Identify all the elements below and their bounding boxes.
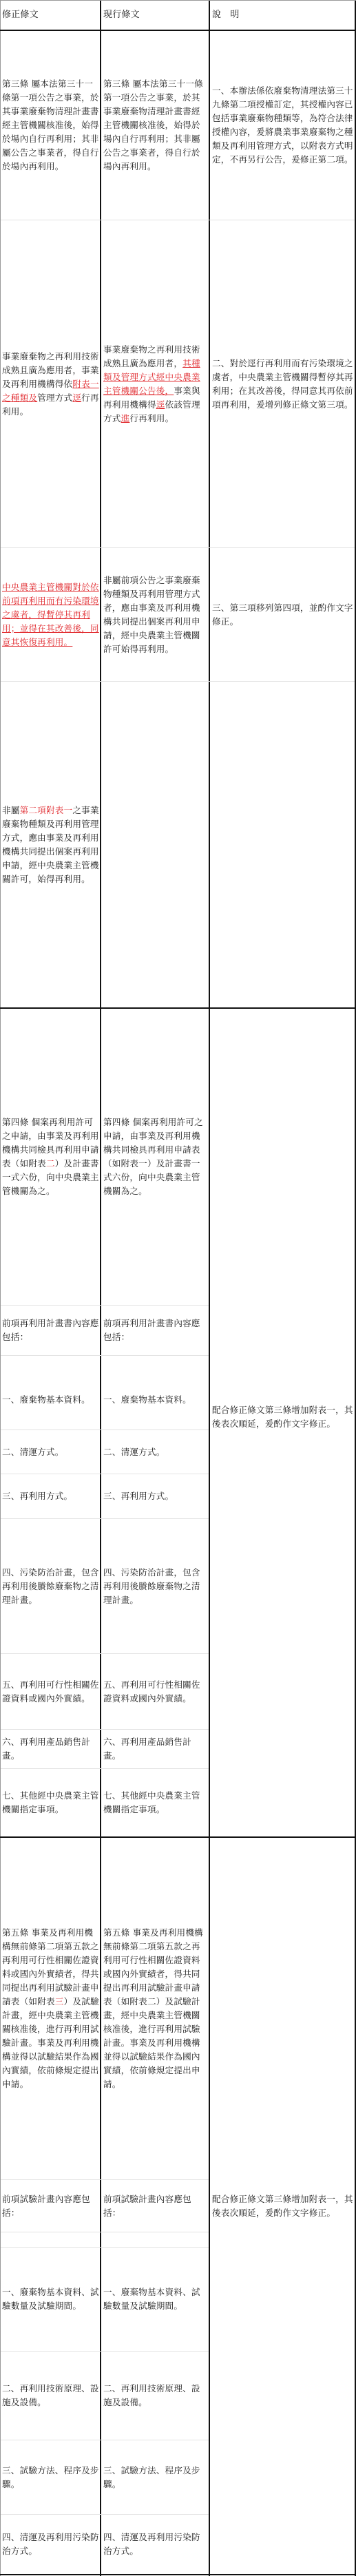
item-text: 四、污染防治計畫，包含再利用後賸餘廢棄物之清理計畫。 — [103, 1566, 208, 1607]
item-text: 前項再利用計畫書內容應包括： — [103, 1317, 208, 1344]
article-text: 事業廢棄物之再利用技術成熟且廣為應用者，其種類及管理方式經中央農業主管機關公告後… — [103, 343, 208, 426]
item-text: 七、其他經中央農業主管機關指定事項。 — [103, 1789, 208, 1816]
art3-p2-revised: 事業廢棄物之再利用技術成熟且廣為應用者，事業及再利用機構得依附表一之種類及管理方… — [0, 220, 101, 547]
article-text: 第四條 個案再利用許可之申請，由事業及再利用機構共同檢具再利用申請表（如附表二）… — [2, 1116, 99, 1198]
art4-item-revised: 前項再利用計畫書內容應包括： — [0, 1306, 101, 1355]
art5-item-current: 二、再利用技術原理、設施及設備。 — [101, 2352, 209, 2440]
amended-text: 三 — [55, 1996, 64, 2007]
article-text: 第三條 屬本法第三十一條第一項公告之事業，於其事業廢棄物清理計畫書經主管機關核准… — [2, 77, 99, 174]
art4-item-current: 前項再利用計畫書內容應包括： — [101, 1306, 209, 1355]
article-text: 第五條 事業及再利用機構無前條第二項第五款之再利用可行性相關佐證資料或國內外實績… — [2, 1926, 99, 2091]
deleted-text: 逕 — [156, 399, 165, 410]
amendment-comparison-table: 修正條文 現行條文 說 明 第三條 屬本法第三十一條第一項公告之事業，於其事業廢… — [0, 0, 356, 2576]
item-text: 一、廢棄物基本資料、試驗數量及試驗期間。 — [2, 2285, 99, 2313]
art3-p2-explanation: 二、對於逕行再利用而有污染環境之虞者，中央農業主管機關得暫停其再利用；在其改善後… — [210, 220, 355, 547]
item-text: 一、廢棄物基本資料。 — [2, 1393, 90, 1407]
text-segment: 行再利用。 — [129, 413, 174, 423]
item-text: 前項試驗計畫內容應包括： — [103, 2192, 208, 2220]
art5-explanation: 配合修正條文第三條增加附表一，其後表次順延，爰酌作文字修正。 — [210, 2180, 355, 2232]
art4-item-current: 三、再利用方式。 — [101, 1474, 209, 1518]
article-text: 第五條 事業及再利用機構無前條第二項第五款之再利用可行性相關佐證資料或國內外實績… — [103, 1926, 208, 2091]
art5-item-revised: 三、試驗方法、程序及步驟。 — [0, 2440, 101, 2514]
explanation-text: 二、對於逕行再利用而有污染環境之虞者，中央農業主管機關得暫停其再利用；在其改善後… — [212, 357, 354, 412]
header-label: 修正條文 — [2, 8, 39, 22]
art3-p2-current: 事業廢棄物之再利用技術成熟且廣為應用者，其種類及管理方式經中央農業主管機關公告後… — [101, 220, 209, 547]
art4-p1-current: 第四條 個案再利用許可之申請，由事業及再利用機構共同檢具再利用申請表（如附表一）… — [101, 1009, 209, 1305]
explanation-text: 配合修正條文第三條增加附表一，其後表次順延，爰酌作文字修正。 — [212, 1403, 354, 1431]
text-segment: 第五條 事業及再利用機構無前條第二項第五款之再利用可行性相關佐證資料或國內外實績… — [2, 1927, 99, 2007]
item-text: 四、清運及再利用污染防治方式。 — [2, 2531, 99, 2558]
art3-p3-current: 非屬前項公告之事業廢棄物種類及再利用管理方式者，應由事業及再利用機構共同提出個案… — [101, 548, 209, 681]
art5-item-current: 三、試驗方法、程序及步驟。 — [101, 2440, 209, 2514]
item-text: 五、再利用可行性相關佐證資料或國內外實績。 — [2, 1678, 99, 1706]
art3-p1-current: 第三條 屬本法第三十一條第一項公告之事業，於其事業廢棄物清理計畫書經主管機關核准… — [101, 31, 209, 220]
art5-p1-current: 第五條 事業及再利用機構無前條第二項第五款之再利用可行性相關佐證資料或國內外實績… — [101, 1838, 209, 2179]
article-text: 事業廢棄物之再利用技術成熟且廣為應用者，事業及再利用機構得依附表一之種類及管理方… — [2, 350, 99, 419]
item-text: 二、清運方式。 — [2, 1445, 64, 1459]
item-text: 前項再利用計畫書內容應包括： — [2, 1317, 99, 1344]
item-text: 四、清運及再利用污染防治方式。 — [103, 2531, 208, 2558]
art5-item-current: 四、清運及再利用污染防治方式。 — [101, 2515, 209, 2574]
art3-p1-revised: 第三條 屬本法第三十一條第一項公告之事業，於其事業廢棄物清理計畫書經主管機關核准… — [0, 31, 101, 220]
art4-item-revised: 三、再利用方式。 — [0, 1474, 101, 1518]
subrow-divider — [1, 1355, 209, 1356]
table-bottom-border — [0, 2574, 356, 2575]
explanation-text: 三、第三項移列第四項，並酌作文字修正。 — [212, 601, 354, 629]
art4-item-current: 七、其他經中央農業主管機關指定事項。 — [101, 1769, 209, 1836]
art4-item-current: 五、再利用可行性相關佐證資料或國內外實績。 — [101, 1654, 209, 1729]
deleted-text: 進 — [121, 413, 130, 423]
item-text: 七、其他經中央農業主管機關指定事項。 — [2, 1789, 99, 1816]
art5-item-revised: 四、清運及再利用污染防治方式。 — [0, 2515, 101, 2574]
text-segment: 非屬 — [2, 805, 20, 815]
amended-text: 中央農業主管機關對於依前項再利用而有污染環境之虞者，得暫停其再利用；並得在其改善… — [2, 580, 99, 649]
item-text: 二、清運方式。 — [103, 1445, 165, 1459]
art5-item-revised: 一、廢棄物基本資料、試驗數量及試驗期間。 — [0, 2248, 101, 2351]
art4-item-current: 一、廢棄物基本資料。 — [101, 1370, 209, 1430]
art4-item-revised: 五、再利用可行性相關佐證資料或國內外實績。 — [0, 1654, 101, 1729]
art4-item-current: 六、再利用產品銷售計畫。 — [101, 1730, 209, 1768]
text-segment: 之事業廢棄物種類及再利用管理方式，應由事業及再利用機構共同提出個案再利用申請，經… — [2, 805, 99, 884]
art4-item-revised: 四、污染防治計畫，包含再利用後賸餘廢棄物之清理計畫。 — [0, 1519, 101, 1653]
explanation-text: 一、本辦法係依廢棄物清理法第三十九條第二項授權訂定，其授權內容已包括事業廢棄物種… — [212, 84, 354, 167]
art4-item-revised: 一、廢棄物基本資料。 — [0, 1370, 101, 1430]
art4-item-revised: 六、再利用產品銷售計畫。 — [0, 1730, 101, 1768]
article-text: 第四條 個案再利用許可之申請，由事業及再利用機構共同檢具再利用申請表（如附表一）… — [103, 1116, 208, 1198]
art3-p3-explanation: 三、第三項移列第四項，並酌作文字修正。 — [210, 548, 355, 681]
item-text: 六、再利用產品銷售計畫。 — [2, 1735, 99, 1763]
art3-p3-revised: 中央農業主管機關對於依前項再利用而有污染環境之虞者，得暫停其再利用；並得在其改善… — [0, 548, 101, 681]
item-text: 五、再利用可行性相關佐證資料或國內外實績。 — [103, 1678, 208, 1706]
item-text: 四、污染防治計畫，包含再利用後賸餘廢棄物之清理計畫。 — [2, 1566, 99, 1607]
art4-item-revised: 二、清運方式。 — [0, 1430, 101, 1474]
header-explanation: 說 明 — [210, 1, 355, 30]
item-text: 一、廢棄物基本資料。 — [103, 1393, 191, 1407]
amended-text: 第二項附表一 — [20, 805, 73, 815]
header-label: 說 明 — [212, 8, 240, 22]
art4-explanation: 配合修正條文第三條增加附表一，其後表次順延，爰酌作文字修正。 — [210, 1403, 355, 1445]
art5-item-current: 前項試驗計畫內容應包括： — [101, 2180, 209, 2232]
item-text: 二、再利用技術原理、設施及設備。 — [103, 2382, 208, 2409]
item-text: 三、再利用方式。 — [2, 1489, 72, 1503]
amended-text: 二 — [46, 1158, 55, 1169]
header-label: 現行條文 — [103, 8, 140, 22]
art5-item-revised: 前項試驗計畫內容應包括： — [0, 2180, 101, 2232]
item-text: 三、試驗方法、程序及步驟。 — [2, 2464, 99, 2491]
header-current-articles: 現行條文 — [101, 1, 209, 30]
art4-item-current: 四、污染防治計畫，包含再利用後賸餘廢棄物之清理計畫。 — [101, 1519, 209, 1653]
art3-p4-revised: 非屬第二項附表一之事業廢棄物種類及再利用管理方式，應由事業及再利用機構共同提出個… — [0, 682, 101, 1007]
explanation-text: 配合修正條文第三條增加附表一，其後表次順延，爰酌作文字修正。 — [212, 2192, 354, 2220]
art4-item-current: 二、清運方式。 — [101, 1430, 209, 1474]
article-text: 第三條 屬本法第三十一條第一項公告之事業，於其事業廢棄物清理計畫書經主管機關核准… — [103, 77, 208, 174]
article-text: 非屬前項公告之事業廢棄物種類及再利用管理方式者，應由事業及再利用機構共同提出個案… — [103, 574, 208, 656]
text-segment: ）及試驗計畫，經中央農業主管機關核准後，進行再利用試驗計畫。事業及再利用機構並得… — [2, 1996, 99, 2089]
text-segment: 管理方式 — [37, 392, 72, 403]
art4-item-revised: 七、其他經中央農業主管機關指定事項。 — [0, 1769, 101, 1836]
item-text: 六、再利用產品銷售計畫。 — [103, 1735, 208, 1763]
art3-p1-explanation: 一、本辦法係依廢棄物清理法第三十九條第二項授權訂定，其授權內容已包括事業廢棄物種… — [210, 31, 355, 220]
article-text: 非屬第二項附表一之事業廢棄物種類及再利用管理方式，應由事業及再利用機構共同提出個… — [2, 804, 99, 886]
art5-item-current: 一、廢棄物基本資料、試驗數量及試驗期間。 — [101, 2248, 209, 2351]
art4-p1-revised: 第四條 個案再利用許可之申請，由事業及再利用機構共同檢具再利用申請表（如附表二）… — [0, 1009, 101, 1305]
art5-item-revised: 二、再利用技術原理、設施及設備。 — [0, 2352, 101, 2440]
item-text: 二、再利用技術原理、設施及設備。 — [2, 2382, 99, 2409]
item-text: 三、試驗方法、程序及步驟。 — [103, 2464, 208, 2491]
item-text: 一、廢棄物基本資料、試驗數量及試驗期間。 — [103, 2285, 208, 2313]
header-revised-articles: 修正條文 — [0, 1, 101, 30]
item-text: 三、再利用方式。 — [103, 1489, 174, 1503]
amended-text: 逕 — [72, 392, 81, 403]
subrow-divider — [1, 2232, 209, 2232]
art5-p1-revised: 第五條 事業及再利用機構無前條第二項第五款之再利用可行性相關佐證資料或國內外實績… — [0, 1838, 101, 2179]
item-text: 前項試驗計畫內容應包括： — [2, 2192, 99, 2220]
